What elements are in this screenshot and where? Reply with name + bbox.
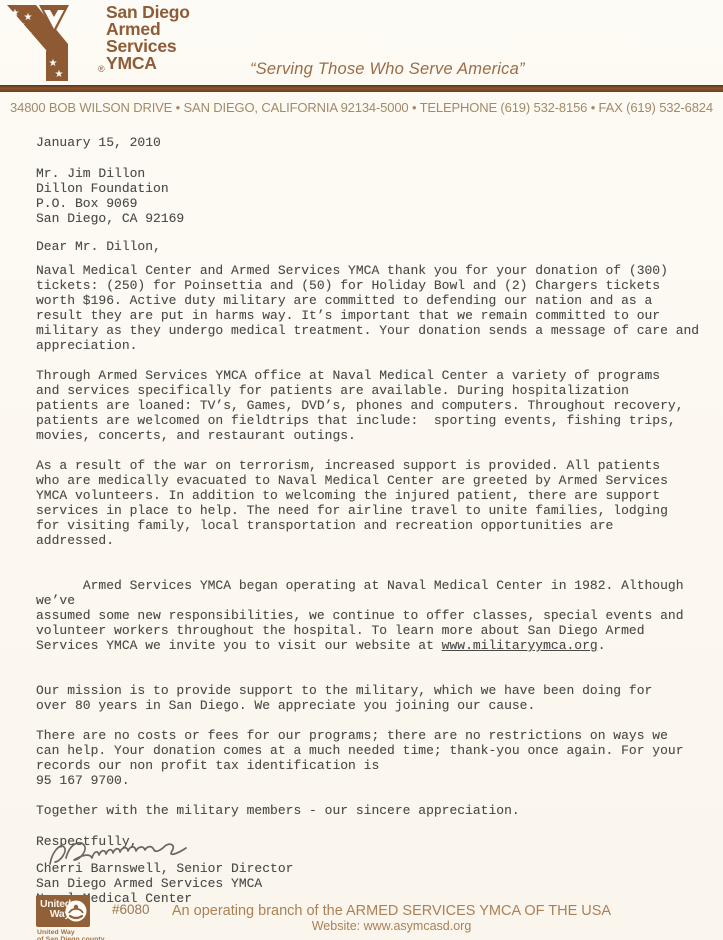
letter-body: January 15, 2010 Mr. Jim Dillon Dillon F… <box>36 135 716 906</box>
ymca-logo-icon: ★ ★ ★ ★ ★ ★ ★ ★ <box>5 3 103 83</box>
date-line: January 15, 2010 <box>36 135 716 150</box>
recipient-org: Dillon Foundation <box>36 181 716 196</box>
svg-text:★: ★ <box>11 8 20 19</box>
signature-area <box>36 849 716 861</box>
signature-image <box>46 837 226 871</box>
paragraph-tax-id: There are no costs or fees for our progr… <box>36 728 716 788</box>
recipient-name: Mr. Jim Dillon <box>36 166 716 181</box>
paragraph-appreciation: Together with the military members - our… <box>36 803 716 818</box>
salutation: Dear Mr. Dillon, <box>36 239 716 254</box>
united-way-caption-line-2: of San Diego county <box>37 936 105 940</box>
paragraph-donation-thanks: Naval Medical Center and Armed Services … <box>36 263 716 353</box>
footer-branch-line: An operating branch of the ARMED SERVICE… <box>60 903 723 919</box>
svg-text:★: ★ <box>49 58 58 69</box>
footer-website-line: Website: www.asymcasd.org <box>60 919 723 934</box>
recipient-block: Mr. Jim Dillon Dillon Foundation P.O. Bo… <box>36 166 716 226</box>
paragraph-history-period: . <box>598 638 606 653</box>
header-rule <box>0 85 723 92</box>
recipient-po-box: P.O. Box 9069 <box>36 196 716 211</box>
recipient-city: San Diego, CA 92169 <box>36 211 716 226</box>
paragraph-mission: Our mission is to provide support to the… <box>36 683 716 713</box>
svg-text:★: ★ <box>39 47 48 58</box>
paragraph-war-support: As a result of the war on terrorism, inc… <box>36 458 716 548</box>
org-name-line-4: YMCA <box>106 55 190 72</box>
paragraph-history: Armed Services YMCA began operating at N… <box>36 563 716 668</box>
scanned-letter-page: ★ ★ ★ ★ ★ ★ ★ ★ ® San Diego Armed Servic… <box>0 0 723 940</box>
org-name: San Diego Armed Services YMCA <box>106 4 190 72</box>
svg-text:★: ★ <box>55 69 64 80</box>
letterhead-address-line: 34800 BOB WILSON DRIVE • SAN DIEGO, CALI… <box>0 100 723 115</box>
website-link[interactable]: www.militaryymca.org <box>442 638 598 653</box>
tagline: “Serving Those Who Serve America” <box>250 60 525 79</box>
registered-trademark: ® <box>98 64 105 74</box>
page-footer: United Way United Way of San Diego count… <box>0 885 723 940</box>
paragraph-programs: Through Armed Services YMCA office at Na… <box>36 368 716 443</box>
footer-center-block: An operating branch of the ARMED SERVICE… <box>60 903 723 934</box>
